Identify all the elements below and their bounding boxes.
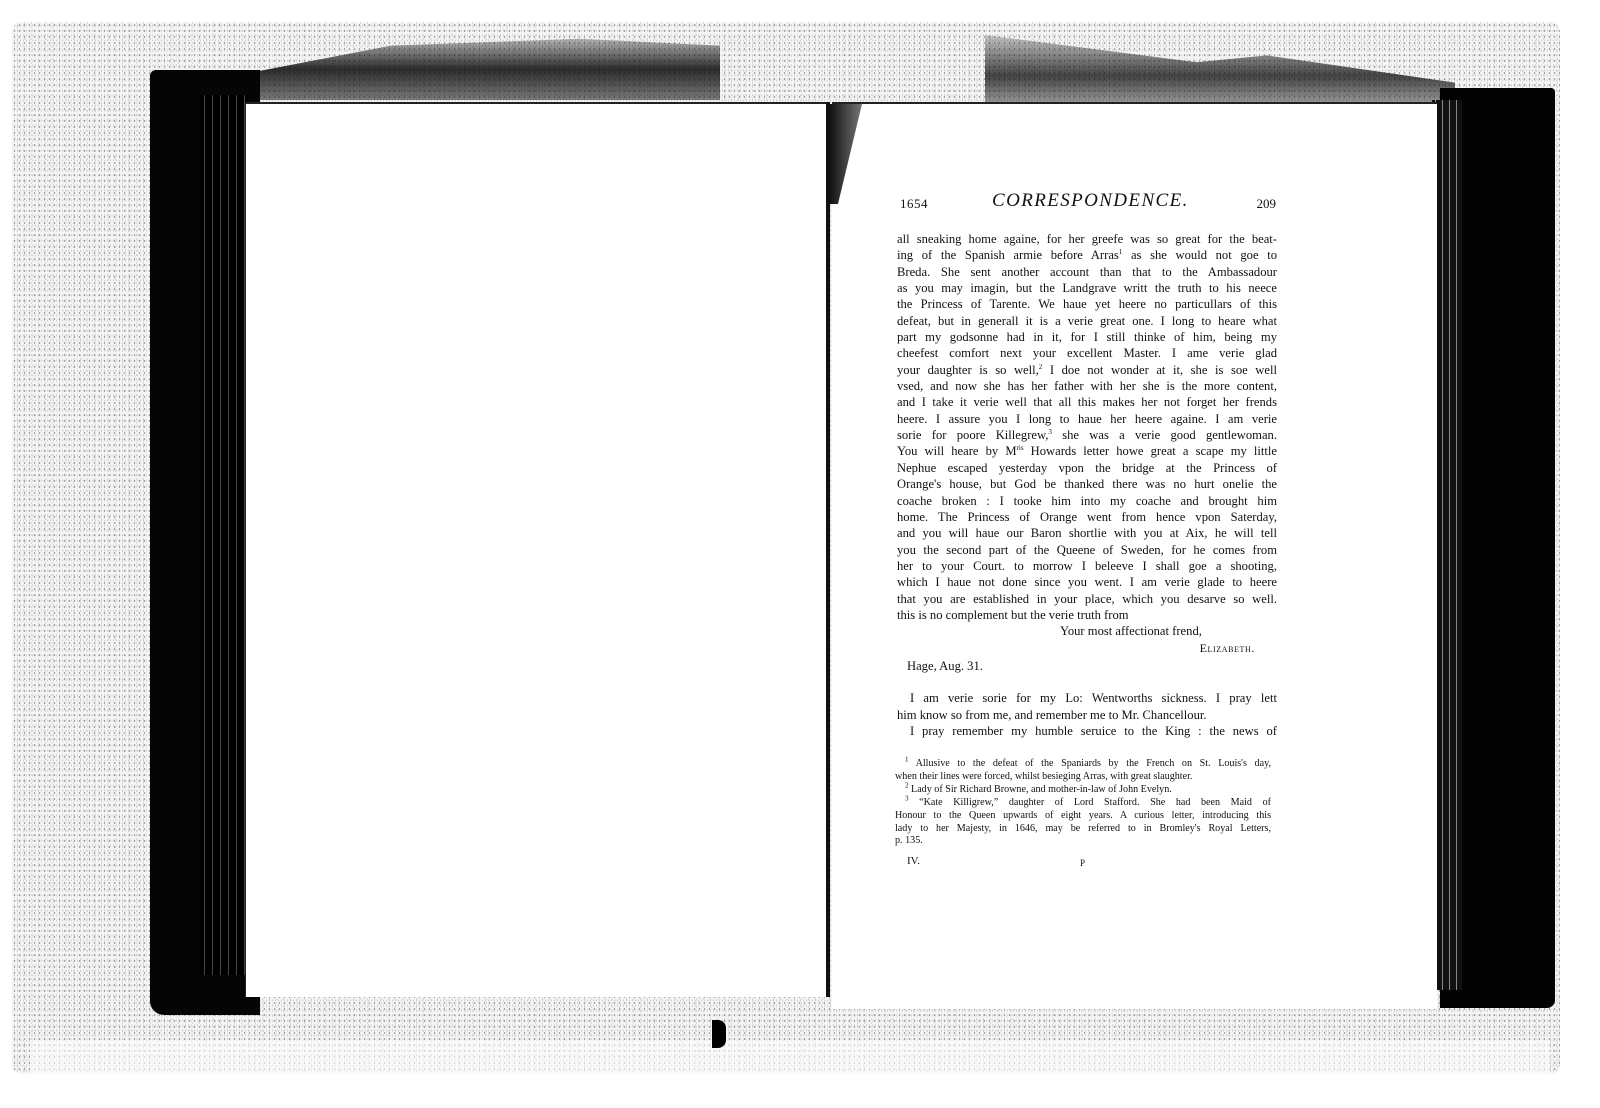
footnote-line: p. 135. (895, 835, 1271, 848)
text-line: as you may imagin, but the Landgrave wri… (897, 280, 1277, 296)
text-line: Nephue escaped yesterday vpon the bridge… (897, 460, 1277, 476)
text-line: part my godsonne had in it, for I still … (897, 329, 1277, 345)
text-line: cheefest comfort next your excellent Mas… (897, 345, 1277, 361)
text-line: and I take it verie well that all this m… (897, 394, 1277, 410)
left-page-blank (245, 102, 829, 997)
postscript-line: I pray remember my humble seruice to the… (897, 723, 1277, 739)
running-head-year: 1654 (900, 196, 928, 212)
gathering-mark: P (1080, 858, 1085, 868)
book-gutter (826, 102, 830, 997)
text-line: heere. I assure you I long to haue her h… (897, 411, 1277, 427)
text-line: Orange's house, but God be thanked there… (897, 476, 1277, 492)
text-line: defeat, but in generall it is a verie gr… (897, 313, 1277, 329)
postscript-line: I am verie sorie for my Lo: Wentworths s… (897, 690, 1277, 706)
running-head-title: CORRESPONDENCE. (992, 190, 1189, 212)
footnote-line: Honour to the Queen upwards of eight yea… (895, 810, 1271, 823)
letter-signature: Elizabeth. (897, 640, 1277, 656)
scan-blot (712, 1020, 726, 1048)
text-line: vsed, and now she has her father with he… (897, 378, 1277, 394)
postscript: I am verie sorie for my Lo: Wentworths s… (897, 690, 1277, 739)
text-line: this is no complement but the verie trut… (897, 607, 1277, 623)
scan-bottom-edge (30, 1040, 1550, 1074)
text-line: that you are established in your place, … (897, 591, 1277, 607)
footnote-line: 3 “Kate Killigrew,” daughter of Lord Sta… (895, 797, 1271, 810)
letter-lines: all sneaking home againe, for her greefe… (897, 231, 1277, 623)
page-number: 209 (1257, 196, 1277, 212)
letter-dateline: Hage, Aug. 31. (897, 658, 1277, 674)
text-line: coache broken : I tooke him into my coac… (897, 493, 1277, 509)
text-line: her to your Court. to morrow I beleeve I… (897, 558, 1277, 574)
text-line: you the second part of the Queene of Swe… (897, 542, 1277, 558)
text-line: the Princess of Tarente. We haue yet hee… (897, 296, 1277, 312)
text-line: and you will haue our Baron shortlie wit… (897, 525, 1277, 541)
footnote-line: when their lines were forced, whilst bes… (895, 771, 1271, 784)
text-line: which I haue not done since you went. I … (897, 574, 1277, 590)
postscript-line: him know so from me, and remember me to … (897, 707, 1277, 723)
footnote-line: lady to her Majesty, in 1646, may be ref… (895, 823, 1271, 836)
text-line: Breda. She sent another account than tha… (897, 264, 1277, 280)
page-stack-left (200, 95, 248, 975)
text-line: all sneaking home againe, for her greefe… (897, 231, 1277, 247)
running-head: 1654 CORRESPONDENCE. 209 (900, 190, 1276, 214)
text-line: You will heare by Mris Howards letter ho… (897, 443, 1277, 459)
footnote-line: 2 Lady of Sir Richard Browne, and mother… (895, 784, 1271, 797)
footnotes: 1 Allusive to the defeat of the Spaniard… (895, 758, 1271, 848)
letter-closing: Your most affectionat frend, (897, 623, 1277, 639)
letter-body: all sneaking home againe, for her greefe… (897, 231, 1277, 739)
paragraph-gap (897, 674, 1277, 690)
text-line: home. The Princess of Orange went from h… (897, 509, 1277, 525)
text-line: sorie for poore Killegrew,3 she was a ve… (897, 427, 1277, 443)
text-line: your daughter is so well,2 I doe not won… (897, 362, 1277, 378)
text-line: ing of the Spanish armie before Arras1 a… (897, 247, 1277, 263)
footnote-line: 1 Allusive to the defeat of the Spaniard… (895, 758, 1271, 771)
volume-mark: IV. (907, 855, 920, 867)
